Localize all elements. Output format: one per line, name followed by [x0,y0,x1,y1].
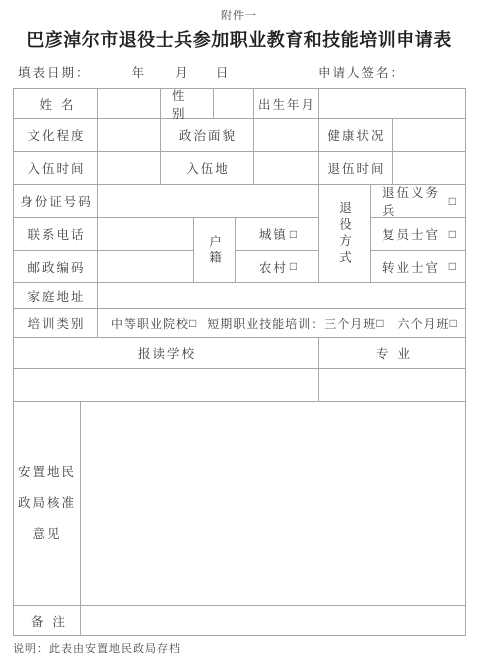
major-input[interactable] [319,369,466,402]
discharge-type-conscript-option[interactable]: 退伍义务兵 □ [371,185,466,218]
demobilized-checkbox-icon[interactable]: □ [449,227,456,242]
discharge-time-label: 退伍时间 [319,152,393,185]
name-input[interactable] [98,89,161,119]
approval-opinion-label-cell: 安置地民政局核准意见 [14,402,81,606]
short-term-training-label: 短期职业技能培训： [207,315,324,332]
discharge-type-transferred-option[interactable]: 转业士官 □ [371,251,466,283]
footer-note: 说明：此表由安置地民政局存档 [13,640,181,656]
discharge-type-label: 退役方式 [319,185,371,283]
enlist-place-label: 入伍地 [161,152,254,185]
political-status-input[interactable] [254,119,319,152]
home-address-input[interactable] [98,283,466,309]
date-day-label: 日 [216,66,231,80]
remark-input[interactable] [81,606,466,636]
school-applied-header: 报读学校 [14,338,319,369]
gender-input[interactable] [214,89,254,119]
conscript-checkbox-icon[interactable]: □ [449,194,456,209]
school-applied-input[interactable] [14,369,319,402]
major-header: 专业 [319,338,466,369]
training-school-checkbox-icon[interactable]: □ [189,316,196,331]
name-label: 姓名 [14,89,98,119]
discharge-time-input[interactable] [393,152,466,185]
fill-date-line: 填表日期： 年 月 日 [18,63,230,81]
discharge-type-transferred-label: 转业士官 [382,258,440,276]
postal-code-label: 邮政编码 [14,251,98,283]
education-label: 文化程度 [14,119,98,152]
fill-date-label: 填表日期： [18,66,91,80]
approval-opinion-input[interactable] [81,402,466,606]
education-input[interactable] [98,119,161,152]
signature-label: 申请人签名： [318,63,405,81]
discharge-type-demobilized-option[interactable]: 复员士官 □ [371,218,466,251]
political-status-label: 政治面貌 [161,119,254,152]
home-address-label: 家庭地址 [14,283,98,309]
training-options: 中等职业院校 □ 短期职业技能培训： 三个月班 □ 六个月班 □ [98,309,466,338]
training-3month-checkbox-icon[interactable]: □ [376,316,383,331]
phone-input[interactable] [98,218,194,251]
application-form-page: 附件一 巴彦淖尔市退役士兵参加职业教育和技能培训申请表 填表日期： 年 月 日 … [0,0,478,658]
application-table: 姓名 性别 出生年月 文化程度 政治面貌 健康状况 入伍时间 入伍地 退伍时间 … [13,88,466,636]
transferred-checkbox-icon[interactable]: □ [449,259,456,274]
hukou-label: 户籍 [194,218,236,283]
gender-label: 性别 [161,89,214,119]
postal-code-input[interactable] [98,251,194,283]
health-status-label: 健康状况 [319,119,393,152]
health-status-input[interactable] [393,119,466,152]
enlist-place-input[interactable] [254,152,319,185]
date-month-label: 月 [175,66,190,80]
training-6month-checkbox-icon[interactable]: □ [450,316,457,331]
hukou-urban-label: 城镇 [259,225,288,243]
attachment-label: 附件一 [0,7,478,23]
id-number-label: 身份证号码 [14,185,98,218]
hukou-rural-label: 农村 [259,258,288,276]
enlist-time-label: 入伍时间 [14,152,98,185]
training-category-label: 培训类别 [14,309,98,338]
discharge-type-demobilized-label: 复员士官 [382,225,440,243]
birth-date-input[interactable] [319,89,466,119]
form-title: 巴彦淖尔市退役士兵参加职业教育和技能培训申请表 [0,26,478,52]
phone-label: 联系电话 [14,218,98,251]
approval-opinion-label: 安置地民政局核准意见 [17,457,77,550]
training-option-6month-label: 六个月班 [398,315,450,332]
discharge-type-conscript-label: 退伍义务兵 [382,183,449,219]
hukou-rural-option[interactable]: 农村 □ [236,251,319,283]
training-option-3month-label: 三个月班 [324,315,376,332]
id-number-input[interactable] [98,185,319,218]
date-year-label: 年 [132,66,147,80]
rural-checkbox-icon[interactable]: □ [290,259,297,274]
training-option-school-label: 中等职业院校 [111,315,189,332]
enlist-time-input[interactable] [98,152,161,185]
urban-checkbox-icon[interactable]: □ [290,227,297,242]
remark-label: 备注 [14,606,81,636]
hukou-urban-option[interactable]: 城镇 □ [236,218,319,251]
birth-date-label: 出生年月 [254,89,319,119]
